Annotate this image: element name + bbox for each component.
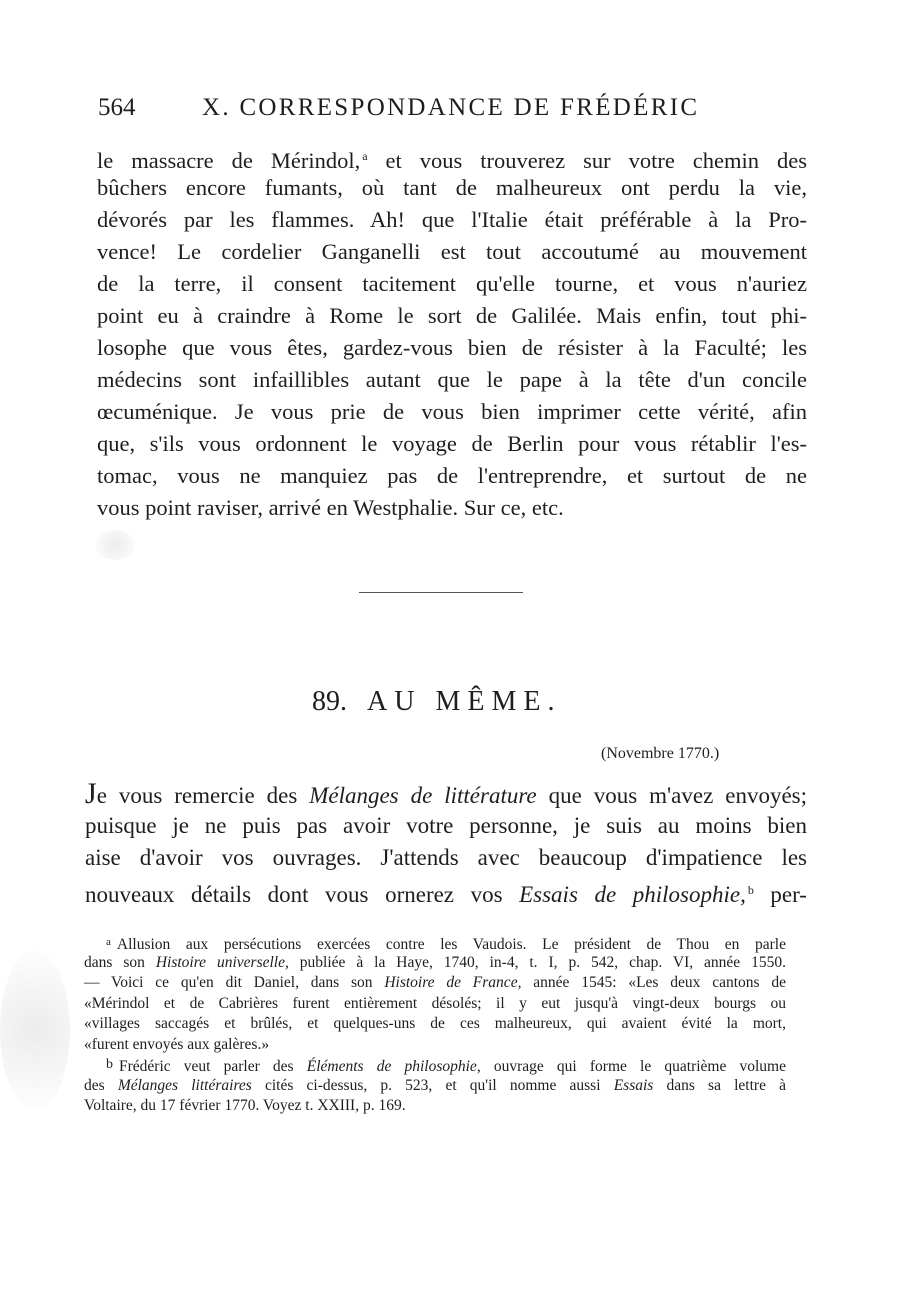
footnote-a-line: «furent envoyés aux galères.» bbox=[84, 1035, 786, 1056]
page-number: 564 bbox=[98, 94, 136, 122]
footnote-b-line: bFrédéric veut parler des Éléments de ph… bbox=[84, 1055, 786, 1076]
text-line: médecins sont infaillibles autant que le… bbox=[97, 364, 807, 396]
footnote-a-line: — Voici ce qu'en dit Daniel, dans son Hi… bbox=[84, 973, 786, 994]
running-head: 564 X. CORRESPONDANCE DE FRÉDÉRIC bbox=[98, 94, 818, 128]
footnote-mark-b: b bbox=[106, 1057, 113, 1072]
letter-title: AU MÊME. bbox=[367, 686, 561, 717]
letter-heading: 89.AU MÊME. bbox=[312, 686, 561, 718]
paper-smudge bbox=[0, 950, 70, 1110]
text-line: Je vous remercie des Mélanges de littéra… bbox=[85, 778, 807, 810]
letter-date: (Novembre 1770.) bbox=[601, 745, 719, 763]
section-divider bbox=[359, 592, 523, 593]
text-line: nouveaux détails dont vous ornerez vos E… bbox=[85, 874, 807, 906]
paper-smudge bbox=[95, 530, 135, 560]
text-line: vence! Le cordelier Ganganelli est tout … bbox=[97, 236, 807, 268]
running-title: X. CORRESPONDANCE DE FRÉDÉRIC bbox=[202, 94, 699, 122]
text-line: point eu à craindre à Rome le sort de Ga… bbox=[97, 300, 807, 332]
footnotes: aAllusion aux persécutions exercées cont… bbox=[84, 932, 786, 1117]
book-title: Essais de philosophie, bbox=[519, 882, 746, 907]
text-line: de la terre, il consent tacitement qu'el… bbox=[97, 268, 807, 300]
text-line: que, s'ils vous ordonnent le voyage de B… bbox=[97, 428, 807, 460]
letter-text: Je vous remercie des Mélanges de littéra… bbox=[85, 778, 807, 906]
footnote-b-line: des Mélanges littéraires cités ci-dessus… bbox=[84, 1076, 786, 1097]
text-line: losophe que vous êtes, gardez-vous bien … bbox=[97, 332, 807, 364]
text-line: vous point raviser, arrivé en Westphalie… bbox=[97, 492, 807, 524]
text-line: aise d'avoir vos ouvrages. J'attends ave… bbox=[85, 842, 807, 874]
book-title: Mélanges de littérature bbox=[309, 783, 536, 808]
footnote-b-line: Voltaire, du 17 février 1770. Voyez t. X… bbox=[84, 1096, 786, 1117]
text-line: bûchers encore fumants, où tant de malhe… bbox=[97, 172, 807, 204]
text-line: dévorés par les flammes. Ah! que l'Itali… bbox=[97, 204, 807, 236]
text-line: le massacre de Mérindol,a et vous trouve… bbox=[97, 140, 807, 172]
drop-cap: J bbox=[85, 777, 97, 810]
text-line: tomac, vous ne manquiez pas de l'entrepr… bbox=[97, 460, 807, 492]
footnote-a-line: «villages saccagés et brûlés, et quelque… bbox=[84, 1014, 786, 1035]
book-page: 564 X. CORRESPONDANCE DE FRÉDÉRIC le mas… bbox=[0, 0, 900, 1298]
footnote-a-line: «Mérindol et de Cabrières furent entière… bbox=[84, 994, 786, 1015]
footnote-mark-a: a bbox=[106, 936, 111, 948]
text-line: puisque je ne puis pas avoir votre perso… bbox=[85, 810, 807, 842]
continued-letter-text: le massacre de Mérindol,a et vous trouve… bbox=[97, 140, 807, 524]
text-line: œcuménique. Je vous prie de vous bien im… bbox=[97, 396, 807, 428]
footnote-a-line: aAllusion aux persécutions exercées cont… bbox=[84, 932, 786, 953]
letter-number: 89. bbox=[312, 686, 347, 717]
footnote-a-line: dans son Histoire universelle, publiée à… bbox=[84, 953, 786, 974]
